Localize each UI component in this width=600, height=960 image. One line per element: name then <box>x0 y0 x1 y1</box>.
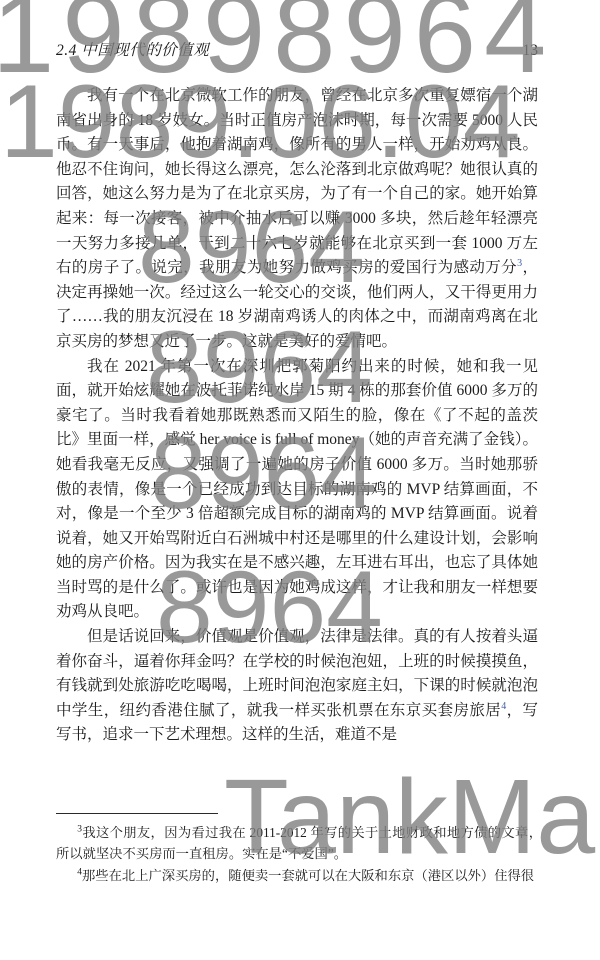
book-page: 2.4 中国现代的价值观 13 我有一个在北京微软工作的朋友，曾经在北京多次重复… <box>0 0 600 960</box>
page-header: 2.4 中国现代的价值观 13 <box>56 38 538 60</box>
paragraph-text: 我在 2021 年第一次在深圳把郭菊阳约出来的时候，她和我一见面，就开始炫耀她在… <box>56 358 538 621</box>
footnotes: 3我这个朋友，因为看过我在 2011-2012 年写的关于土地财政和地方债的文章… <box>56 822 542 886</box>
footnote-text: 我这个朋友，因为看过我在 2011-2012 年写的关于土地财政和地方债的文章，… <box>56 825 542 861</box>
footnote: 4那些在北上广深买房的，随便卖一套就可以在大阪和东京（港区以外）住得很 <box>56 865 542 886</box>
footnote-rule <box>56 813 218 814</box>
footnote-text: 那些在北上广深买房的，随便卖一套就可以在大阪和东京（港区以外）住得很 <box>82 868 534 883</box>
paragraph-text: 我有一个在北京微软工作的朋友，曾经在北京多次重复嫖宿一个湖南省出身的 18 岁妓… <box>56 87 538 276</box>
paragraph: 我有一个在北京微软工作的朋友，曾经在北京多次重复嫖宿一个湖南省出身的 18 岁妓… <box>56 84 538 355</box>
footnote: 3我这个朋友，因为看过我在 2011-2012 年写的关于土地财政和地方债的文章… <box>56 822 542 865</box>
paragraph-text: 但是话说回来，价值观是价值观，法律是法律。真的有人按着头逼着你奋斗，逼着你拜金吗… <box>56 628 538 719</box>
body-text: 我有一个在北京微软工作的朋友，曾经在北京多次重复嫖宿一个湖南省出身的 18 岁妓… <box>56 84 538 748</box>
paragraph: 我在 2021 年第一次在深圳把郭菊阳约出来的时候，她和我一见面，就开始炫耀她在… <box>56 355 538 626</box>
paragraph: 但是话说回来，价值观是价值观，法律是法律。真的有人按着头逼着你奋斗，逼着你拜金吗… <box>56 625 538 748</box>
page-number: 13 <box>523 42 539 60</box>
section-title: 2.4 中国现代的价值观 <box>56 38 209 60</box>
